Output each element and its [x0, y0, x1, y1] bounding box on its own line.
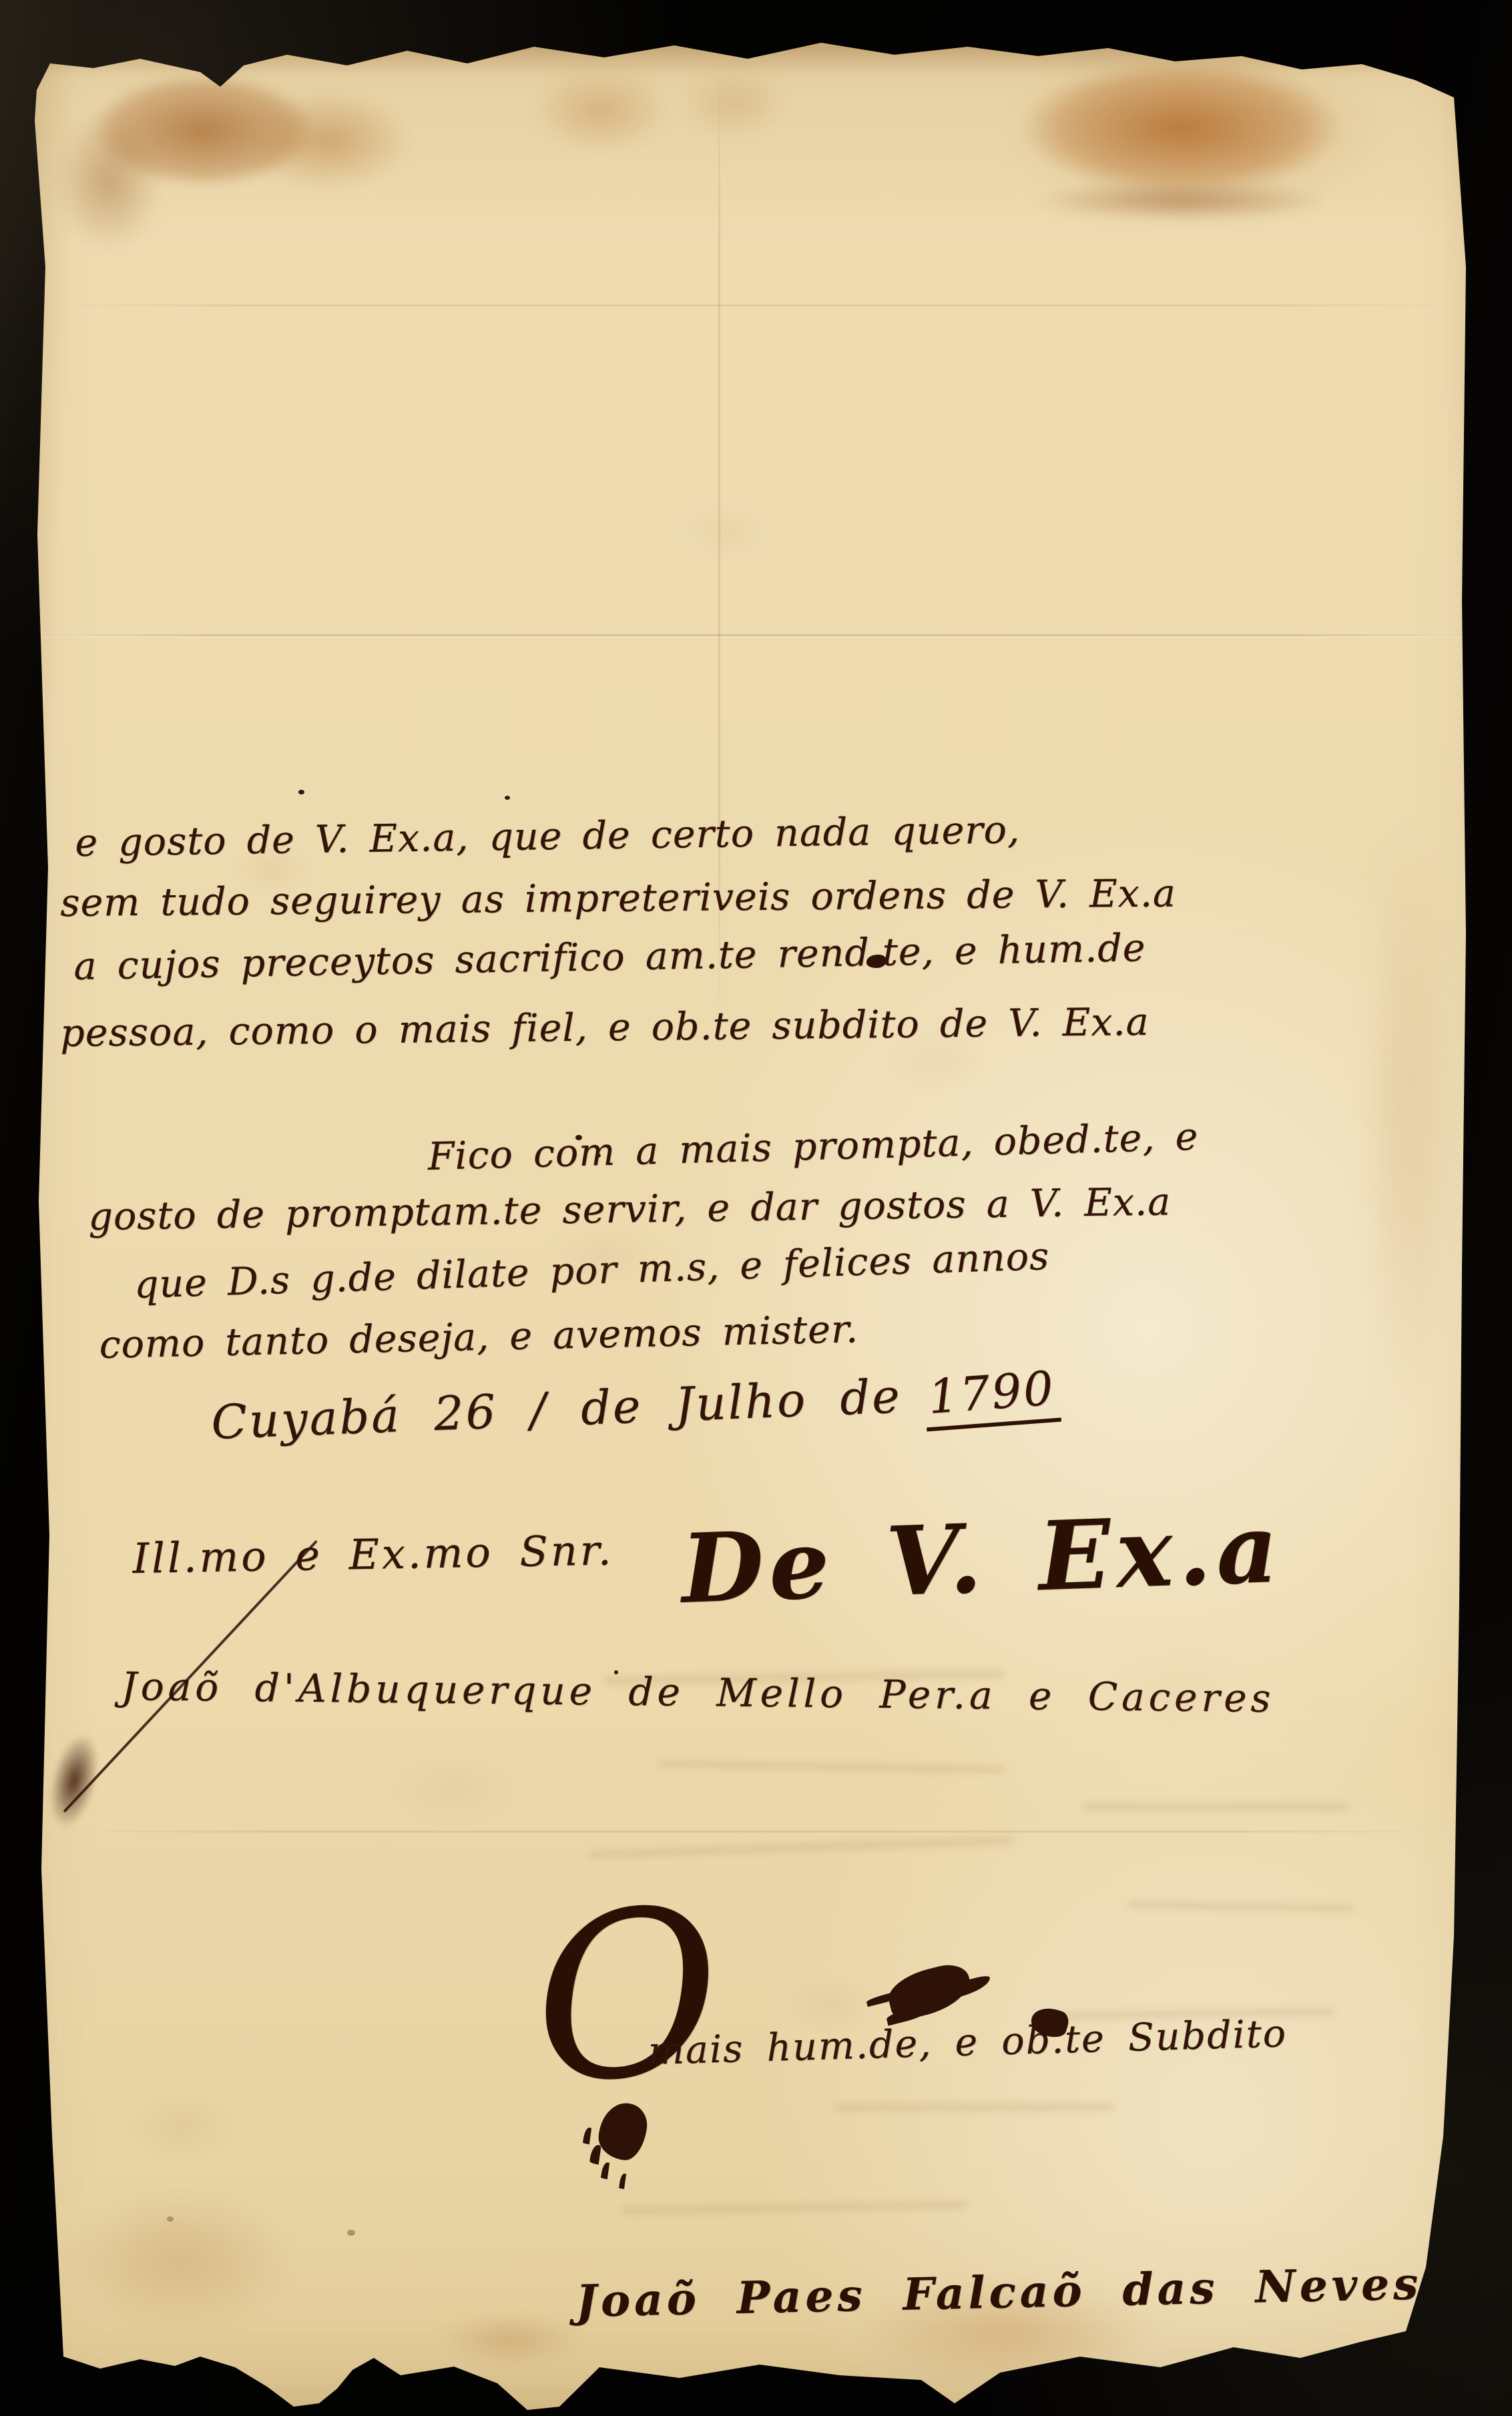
- scanned-manuscript-page: e gosto de V. Ex.a, que de certo nada qu…: [0, 0, 1512, 2416]
- paper-vignette: [0, 0, 1512, 2416]
- paper-sheet: e gosto de V. Ex.a, que de certo nada qu…: [0, 0, 1512, 2416]
